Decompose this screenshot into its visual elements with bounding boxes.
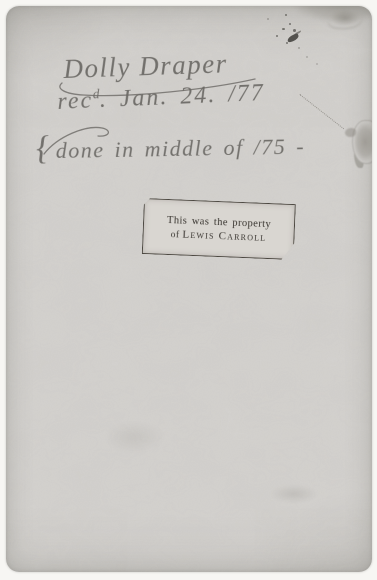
received-superscript: d [93, 86, 100, 101]
received-rest: . Jan. 24. /77 [99, 80, 265, 113]
ink-speck [285, 14, 287, 16]
note-swoosh-flourish [44, 128, 108, 154]
stain-top-right-wash [290, 6, 372, 30]
stain-top-right-lobe [328, 8, 362, 28]
card-edge-vignette [6, 6, 372, 572]
stain-right-edge-nub [345, 128, 356, 137]
handwritten-received-date: recd. Jan. 24. /77 [57, 79, 266, 116]
pencil-flourishes [6, 6, 372, 572]
stain-right-edge-blob [352, 120, 372, 164]
paper-grain-texture [6, 6, 372, 572]
stain-dark-wedge [286, 33, 299, 43]
stain-left-smudge [102, 420, 168, 454]
ink-speck [316, 63, 318, 65]
photo-backdrop: Dolly Draper recd. Jan. 24. /77 { done i… [0, 0, 377, 580]
ink-speck [6, 6, 8, 8]
handwritten-brace: { [35, 130, 51, 169]
ink-speck [276, 35, 278, 37]
ink-speck [286, 42, 288, 44]
photo-card-back: Dolly Draper recd. Jan. 24. /77 { done i… [6, 6, 372, 572]
ink-speck [267, 18, 269, 20]
received-prefix: rec [57, 87, 94, 115]
label-owner-name: Lewis Carroll [182, 228, 266, 243]
handwritten-note: done in middle of /75 - [56, 134, 306, 164]
ink-speck [306, 56, 308, 58]
ink-speck [298, 47, 300, 49]
property-label-line2: of Lewis Carroll [170, 228, 266, 244]
stain-bottom-smudge [268, 484, 320, 504]
ink-speck [282, 28, 285, 30]
label-of-text: of [170, 230, 179, 240]
property-label: This was the property of Lewis Carroll [142, 198, 296, 260]
ink-speck [6, 6, 8, 8]
ink-speck [289, 23, 291, 25]
ink-speck [293, 29, 296, 32]
stain-scratch-line [299, 94, 344, 129]
name-underline-flourish [60, 79, 255, 96]
handwritten-name: Dolly Draper [63, 48, 228, 85]
